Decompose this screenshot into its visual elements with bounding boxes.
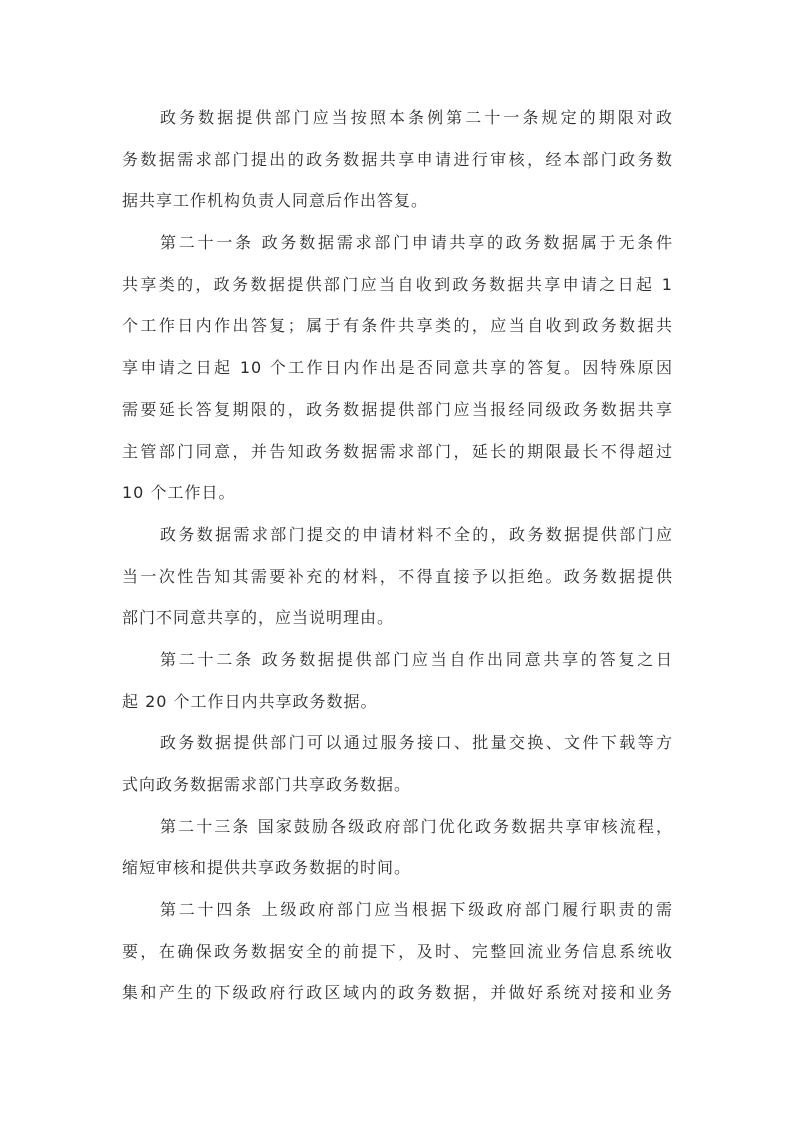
text-line: 要，在确保政务数据安全的前提下，及时、完整回流业务信息系统收 [122, 931, 673, 973]
document-body: 政务数据提供部门应当按照本条例第二十一条规定的期限对政 务数据需求部门提出的政务… [122, 97, 673, 1014]
text-line: 需要延长答复期限的，政务数据提供部门应当报经同级政务数据共享 [122, 389, 673, 431]
text-line: 务数据需求部门提出的政务数据共享申请进行审核，经本部门政务数 [122, 139, 673, 181]
text-line: 部门不同意共享的，应当说明理由。 [122, 597, 673, 639]
text-line: 第二十四条 上级政府部门应当根据下级政府部门履行职责的需 [122, 889, 673, 931]
text-line: 第二十三条 国家鼓励各级政府部门优化政务数据共享审核流程， [122, 806, 673, 848]
text-line: 集和产生的下级政府行政区域内的政务数据，并做好系统对接和业务 [122, 972, 673, 1014]
text-line: 第二十一条 政务数据需求部门申请共享的政务数据属于无条件 [122, 222, 673, 264]
text-line: 个工作日内作出答复；属于有条件共享类的，应当自收到政务数据共 [122, 305, 673, 347]
text-line: 政务数据提供部门可以通过服务接口、批量交换、文件下载等方 [122, 722, 673, 764]
document-page: 政务数据提供部门应当按照本条例第二十一条规定的期限对政 务数据需求部门提出的政务… [0, 0, 793, 1122]
text-line: 据共享工作机构负责人同意后作出答复。 [122, 180, 673, 222]
text-line: 共享类的，政务数据提供部门应当自收到政务数据共享申请之日起 1 [122, 264, 673, 306]
text-line: 缩短审核和提供共享政务数据的时间。 [122, 847, 673, 889]
text-line: 起 20 个工作日内共享政务数据。 [122, 681, 673, 723]
text-line: 当一次性告知其需要补充的材料，不得直接予以拒绝。政务数据提供 [122, 556, 673, 598]
text-line: 式向政务数据需求部门共享政务数据。 [122, 764, 673, 806]
text-line: 主管部门同意，并告知政务数据需求部门，延长的期限最长不得超过 [122, 431, 673, 473]
text-line: 享申请之日起 10 个工作日内作出是否同意共享的答复。因特殊原因 [122, 347, 673, 389]
text-line: 政务数据提供部门应当按照本条例第二十一条规定的期限对政 [122, 97, 673, 139]
text-line: 第二十二条 政务数据提供部门应当自作出同意共享的答复之日 [122, 639, 673, 681]
text-line: 政务数据需求部门提交的申请材料不全的，政务数据提供部门应 [122, 514, 673, 556]
text-line: 10 个工作日。 [122, 472, 673, 514]
